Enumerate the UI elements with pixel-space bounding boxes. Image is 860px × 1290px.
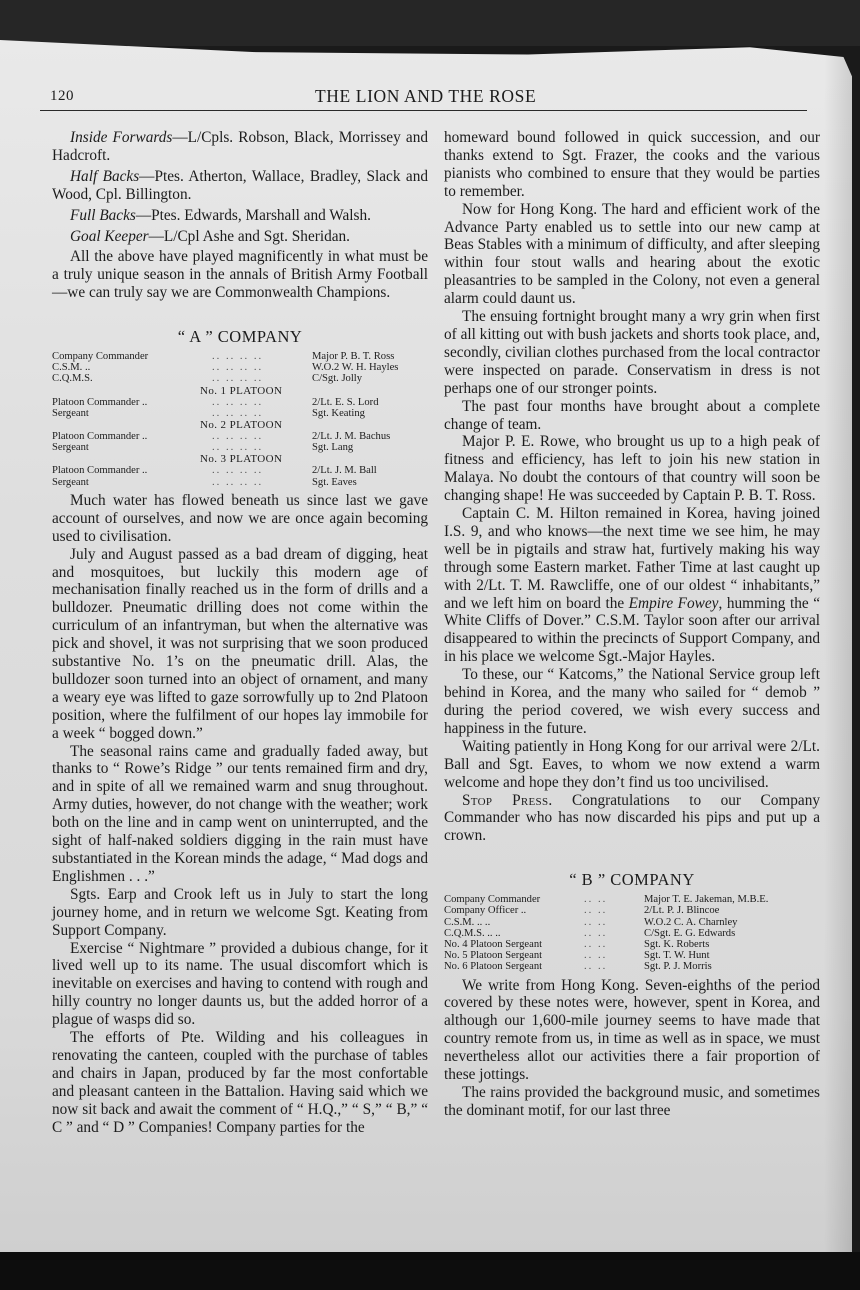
b-company-roster: Company Commander .. .. Major T. E. Jake…: [444, 894, 820, 972]
roster-row: Sergeant .. .. .. .. Sgt. Keating: [52, 408, 428, 419]
roster-row: Platoon Commander .. .. .. .. .. 2/Lt. J…: [52, 431, 428, 442]
running-header: 120 THE LION AND THE ROSE: [40, 86, 807, 111]
journal-title: THE LION AND THE ROSE: [315, 86, 536, 107]
roster-row: Sergeant .. .. .. .. Sgt. Eaves: [52, 477, 428, 488]
paragraph: Much water has flowed beneath us since l…: [52, 492, 428, 546]
a-company-heading: “ A ” COMPANY: [52, 328, 428, 346]
roster-row: Company Commander .. .. Major T. E. Jake…: [444, 894, 820, 905]
roster-row: C.Q.M.S. .. .. .. .. C/Sgt. Jolly: [52, 373, 428, 384]
paragraph: Waiting patiently in Hong Kong for our a…: [444, 738, 820, 792]
roster-row: No. 4 Platoon Sergeant .. .. Sgt. K. Rob…: [444, 939, 820, 950]
team-line: Inside Forwards—L/Cpls. Robson, Black, M…: [52, 129, 428, 165]
left-column: Inside Forwards—L/Cpls. Robson, Black, M…: [52, 129, 428, 1137]
paragraph: The ensuing fortnight brought many a wry…: [444, 308, 820, 398]
paragraph: To these, our “ Katcoms,” the National S…: [444, 666, 820, 738]
right-column: homeward bound followed in quick success…: [444, 129, 820, 1120]
roster-row: C.S.M. .. .. .. .. W.O.2 C. A. Charnley: [444, 917, 820, 928]
roster-row: Company Officer .. .. .. 2/Lt. P. J. Bli…: [444, 905, 820, 916]
roster-row: C.S.M. .. .. .. .. .. W.O.2 W. H. Hayles: [52, 362, 428, 373]
platoon-heading: No. 1 PLATOON: [52, 385, 428, 397]
b-company-heading: “ B ” COMPANY: [444, 871, 820, 889]
scanner-background-bottom: [0, 1252, 860, 1290]
paragraph: Captain C. M. Hilton remained in Korea, …: [444, 505, 820, 666]
roster-row: No. 6 Platoon Sergeant .. .. Sgt. P. J. …: [444, 961, 820, 972]
paragraph: The rains provided the background music,…: [444, 1084, 820, 1120]
roster-row: Platoon Commander .. .. .. .. .. 2/Lt. E…: [52, 397, 428, 408]
paragraph-continuation: homeward bound followed in quick success…: [444, 129, 820, 201]
team-line: Half Backs—Ptes. Atherton, Wallace, Brad…: [52, 168, 428, 204]
team-line: Full Backs—Ptes. Edwards, Marshall and W…: [52, 207, 428, 225]
football-summary: All the above have played magnificently …: [52, 248, 428, 302]
paragraph: July and August passed as a bad dream of…: [52, 546, 428, 743]
a-company-roster: Company Commander .. .. .. .. Major P. B…: [52, 351, 428, 488]
football-team-list: Inside Forwards—L/Cpls. Robson, Black, M…: [52, 129, 428, 302]
a-company-notes: Much water has flowed beneath us since l…: [52, 492, 428, 1137]
ship-name: Empire Fowey: [629, 595, 719, 612]
roster-row: No. 5 Platoon Sergeant .. .. Sgt. T. W. …: [444, 950, 820, 961]
scanner-background-top: [0, 0, 860, 46]
paragraph: Sgts. Earp and Crook left us in July to …: [52, 886, 428, 940]
roster-row: C.Q.M.S. .. .. .. .. C/Sgt. E. G. Edward…: [444, 928, 820, 939]
paragraph: Now for Hong Kong. The hard and efficien…: [444, 201, 820, 308]
roster-row: Company Commander .. .. .. .. Major P. B…: [52, 351, 428, 362]
paragraph: Exercise “ Nightmare ” provided a dubiou…: [52, 940, 428, 1030]
b-company-notes: We write from Hong Kong. Seven-eighths o…: [444, 977, 820, 1120]
stop-press-label: Stop Press.: [462, 792, 553, 809]
stop-press-paragraph: Stop Press. Congratulations to our Compa…: [444, 792, 820, 846]
roster-row: Sergeant .. .. .. .. Sgt. Lang: [52, 442, 428, 453]
paragraph: Major P. E. Rowe, who brought us up to a…: [444, 433, 820, 505]
platoon-heading: No. 3 PLATOON: [52, 453, 428, 465]
team-line: Goal Keeper—L/Cpl Ashe and Sgt. Sheridan…: [52, 228, 428, 246]
paragraph: The efforts of Pte. Wilding and his coll…: [52, 1029, 428, 1136]
paragraph: The past four months have brought about …: [444, 398, 820, 434]
roster-row: Platoon Commander .. .. .. .. .. 2/Lt. J…: [52, 465, 428, 476]
page-number: 120: [50, 88, 74, 105]
platoon-heading: No. 2 PLATOON: [52, 419, 428, 431]
paragraph: The seasonal rains came and gradually fa…: [52, 743, 428, 886]
paragraph: We write from Hong Kong. Seven-eighths o…: [444, 977, 820, 1084]
